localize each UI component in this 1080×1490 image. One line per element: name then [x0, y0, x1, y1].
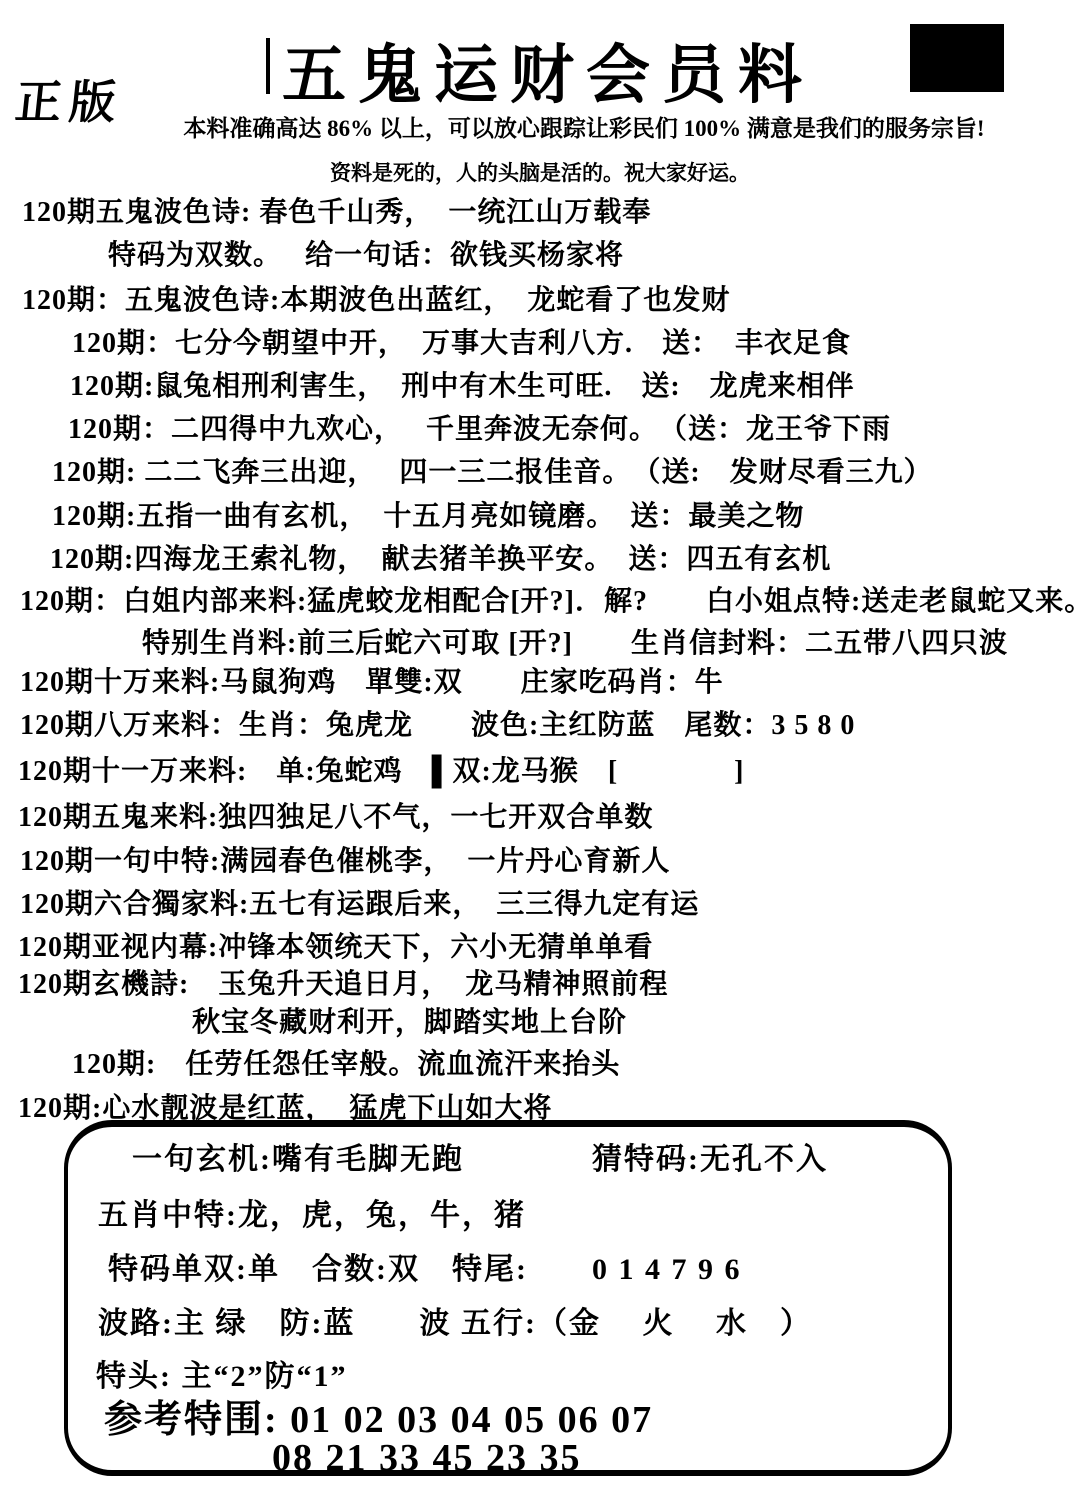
box-line-mystery: 一句玄机:嘴有毛脚无跑 猜特码:无孔不入 — [132, 1134, 828, 1178]
body-line: 特码为双数。 给一句话：欲钱买杨家将 — [108, 233, 624, 273]
body-line: 特别生肖料:前三后蛇六可取 [开?] 生肖信封料：二五带八四只波 — [142, 621, 1008, 661]
body-line: 120期六合獨家料:五七有运跟后来， 三三得九定有运 — [20, 882, 699, 922]
body-line: 120期：五鬼波色诗:本期波色出蓝红， 龙蛇看了也发财 — [22, 278, 730, 318]
body-line: 秋宝冬藏财利开，脚踏实地上台阶 — [192, 1000, 627, 1040]
accuracy-tagline: 本料准确高达 86% 以上，可以放心跟踪让彩民们 100% 满意是我们的服务宗旨… — [84, 110, 1080, 143]
body-line: 120期：白姐内部来料:猛虎蛟龙相配合[开?]．解? 白小姐点特:送走老鼠蛇又来… — [20, 579, 1080, 619]
body-line: 120期十一万来料: 单:兔蛇鸡 ▌双:龙马猴 [ ] — [18, 749, 744, 789]
box-line-numbers-2: 08 21 33 45 23 35 — [272, 1436, 582, 1480]
box-line-zodiac: 五肖中特:龙，虎，兔，牛，猪 — [98, 1190, 526, 1234]
body-line: 120期：七分今朝望中开， 万事大吉利八方. 送： 丰衣足食 — [72, 321, 851, 361]
body-line: 120期五鬼波色诗: 春色千山秀， 一统江山万载奉 — [22, 190, 651, 230]
page: 正版 五鬼运财会员料 本料准确高达 86% 以上，可以放心跟踪让彩民们 100%… — [0, 0, 1080, 1490]
box-line-oddeven: 特码单双:单 合数:双 特尾: 0 1 4 7 9 6 — [108, 1244, 741, 1288]
body-line: 120期：二四得中九欢心， 千里奔波无奈何。 （送：龙王爷下雨 — [68, 407, 891, 447]
body-line: 120期十万来料:马鼠狗鸡 單雙:双 庄家吃码肖：牛 — [20, 660, 724, 700]
box-line-numbers-1: 参考特围: 01 02 03 04 05 06 07 — [104, 1388, 653, 1443]
box-line-wave: 波路:主 绿 防:蓝 波 五行:（金 火 水 ） — [98, 1298, 812, 1342]
body-line: 120期八万来料：生肖：兔虎龙 波色:主红防蓝 尾数：3 5 8 0 — [20, 703, 855, 743]
body-line: 120期:四海龙王索礼物， 献去猪羊换平安。 送：四五有玄机 — [50, 537, 831, 577]
body-line: 120期五鬼来料:独四独足八不气，一七开双合单数 — [18, 795, 653, 835]
page-title: 五鬼运财会员料 — [282, 24, 814, 116]
black-square-stamp — [910, 24, 1004, 92]
body-line: 120期一句中特:满园春色催桃李， 一片丹心育新人 — [20, 839, 670, 879]
body-line: 120期:五指一曲有玄机， 十五月亮如镜磨。 送：最美之物 — [52, 494, 804, 534]
body-line: 120期玄機詩: 玉兔升天追日月， 龙马精神照前程 — [18, 962, 668, 1002]
title-left-bar — [266, 38, 270, 94]
body-line: 120期亚视内幕:冲锋本领统天下，六小无猜单单看 — [18, 925, 653, 965]
body-line: 120期: 任劳任怨任宰般。流血流汗来抬头 — [72, 1042, 620, 1082]
body-line: 120期: 二二飞奔三出迎， 四一三二报佳音。 （送: 发财尽看三九） — [52, 450, 933, 490]
good-luck-tagline: 资料是死的，人的头脑是活的。祝大家好运。 — [0, 157, 1080, 187]
body-line: 120期:鼠兔相刑利害生， 刑中有木生可旺. 送: 龙虎来相伴 — [70, 364, 855, 404]
